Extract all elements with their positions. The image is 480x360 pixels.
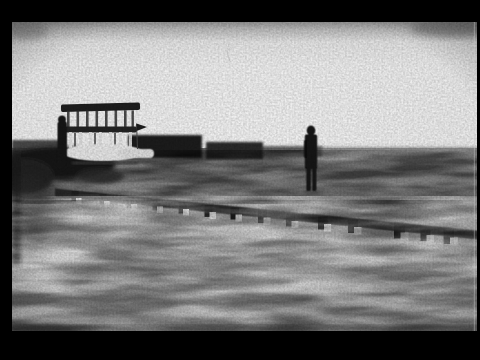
right-edge-light-line (474, 22, 475, 332)
letterbox-top (0, 0, 480, 22)
letterbox-left (0, 0, 12, 360)
photograph-canvas (0, 0, 480, 360)
letterbox-bottom (0, 331, 480, 360)
film-frame (0, 0, 480, 360)
photo-area (0, 19, 480, 332)
vignette (12, 22, 477, 332)
